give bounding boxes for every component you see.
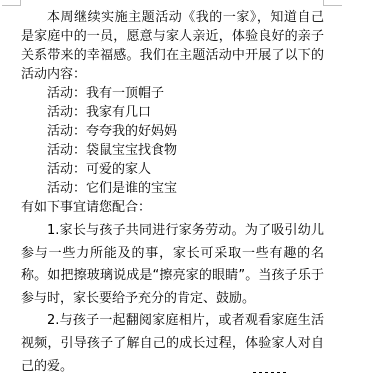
intro-paragraph: 本周继续实施主题活动《我的一家》，知道自己是家庭中的一员，愿意与家人亲近，体验良… bbox=[21, 8, 324, 84]
activity-item: 活动：可爱的家人 bbox=[21, 160, 324, 179]
activity-item: 活动：它们是谁的宝宝 bbox=[21, 179, 324, 198]
footer-dash-mark bbox=[253, 372, 289, 373]
request-item-2: 2.与孩子一起翻阅家庭相片，或者观看家庭生活视频，引导孩子了解自己的成长过程，体… bbox=[21, 310, 324, 377]
activity-item: 活动：夸夸我的好妈妈 bbox=[21, 122, 324, 141]
activity-item: 活动：我家有几口 bbox=[21, 103, 324, 122]
activity-item: 活动：袋鼠宝宝找食物 bbox=[21, 141, 324, 160]
activity-list: 活动：我有一顶帽子 活动：我家有几口 活动：夸夸我的好妈妈 活动：袋鼠宝宝找食物… bbox=[21, 84, 324, 198]
activity-item: 活动：我有一顶帽子 bbox=[21, 84, 324, 103]
request-item-1: 1.家长与孩子共同进行家务劳动。为了吸引幼儿参与一些力所能及的事，家长可采取一些… bbox=[21, 220, 324, 310]
page-corner-mark-top-right bbox=[323, 0, 342, 6]
request-heading: 有如下事宜请您配合： bbox=[21, 198, 324, 217]
page-corner-mark-top-left bbox=[2, 0, 21, 6]
document-page: 本周继续实施主题活动《我的一家》，知道自己是家庭中的一员，愿意与家人亲近，体验良… bbox=[21, 8, 324, 377]
